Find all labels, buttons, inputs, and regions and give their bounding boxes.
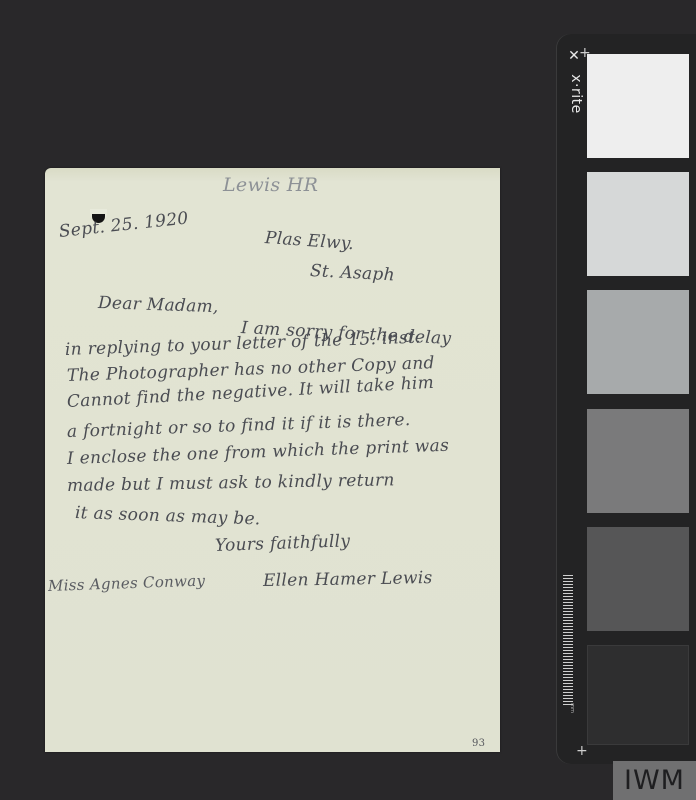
crosshair-icon: + bbox=[576, 744, 588, 758]
body-line: I enclose the one from which the print w… bbox=[67, 436, 450, 469]
letter-page: Lewis HR Sept. 25. 1920 Plas Elwy. St. A… bbox=[45, 168, 500, 752]
gray-patch-2 bbox=[587, 172, 689, 276]
gray-patch-6 bbox=[587, 645, 689, 745]
salutation: Dear Madam, bbox=[98, 293, 219, 317]
iwm-watermark: IWM bbox=[613, 761, 696, 800]
xrite-brand-text: x·rite bbox=[568, 74, 584, 114]
page-number: 93 bbox=[472, 738, 485, 749]
signature: Ellen Hamer Lewis bbox=[263, 568, 433, 591]
gray-patch-3 bbox=[587, 290, 689, 394]
body-line: it as soon as may be. bbox=[75, 503, 261, 529]
gray-patch-4 bbox=[587, 409, 689, 513]
mm-ruler bbox=[563, 575, 573, 705]
pencil-annotation: Lewis HR bbox=[223, 174, 318, 196]
closing: Yours faithfully bbox=[215, 531, 351, 556]
body-line: made but I must ask to kindly return bbox=[67, 470, 395, 496]
ruler-unit-label: mm bbox=[569, 703, 575, 713]
recipient: Miss Agnes Conway bbox=[48, 572, 206, 595]
gray-patch-1 bbox=[587, 54, 689, 158]
body-line: a fortnight or so to find it if it is th… bbox=[67, 410, 411, 442]
address-line-1: Plas Elwy. bbox=[264, 228, 354, 254]
letter-date: Sept. 25. 1920 bbox=[58, 208, 190, 241]
address-line-2: St. Asaph bbox=[309, 261, 395, 285]
gray-patch-5 bbox=[587, 527, 689, 631]
